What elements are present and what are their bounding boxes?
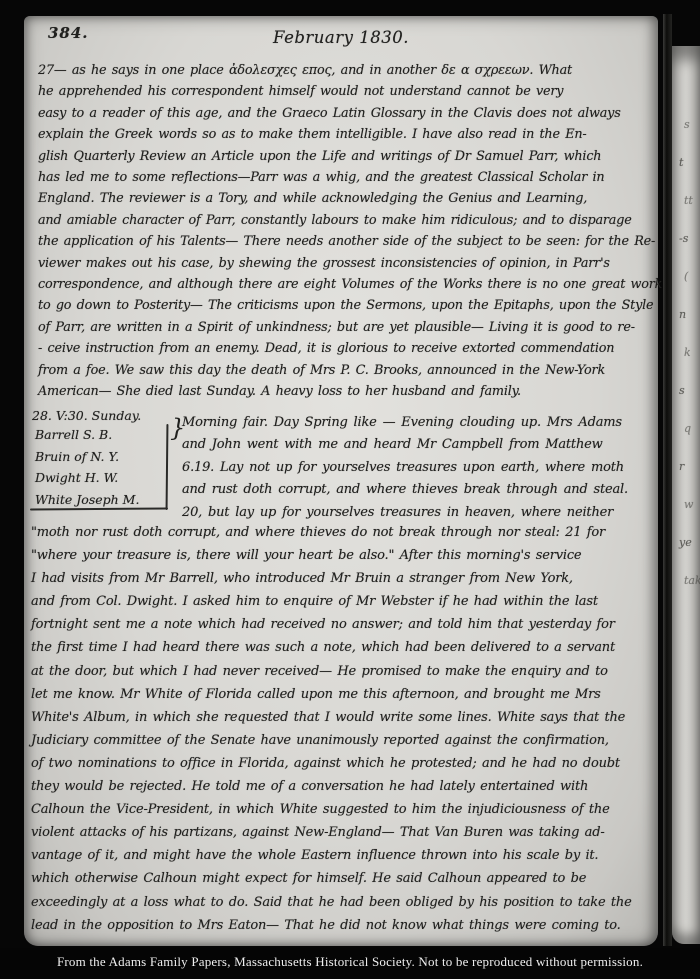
header-date: February 1830.: [24, 28, 658, 47]
diary-line: which otherwise Calhoun might expect for…: [31, 867, 651, 890]
diary-line: and from Col. Dwight. I asked him to enq…: [31, 590, 651, 613]
diary-line: violent attacks of his partizans, agains…: [31, 821, 651, 844]
diary-line: 6.19. Lay not up for yourselves treasure…: [182, 457, 652, 479]
diary-line: viewer makes out his case, by shewing th…: [38, 253, 648, 274]
gutter-fragment: s: [672, 106, 700, 144]
diary-line: the application of his Talents— There ne…: [38, 231, 648, 252]
manuscript-page-scan: 384. February 1830. 27— as he says in on…: [24, 16, 658, 946]
diary-line: "moth nor rust doth corrupt, and where t…: [31, 521, 651, 544]
gutter-fragment: tt: [672, 182, 700, 220]
diary-line: vantage of it, and might have the whole …: [31, 844, 651, 867]
diary-line: "where your treasure is, there will your…: [31, 544, 651, 567]
visitor-name: Dwight H. W.: [35, 467, 165, 489]
next-page-edge: sttt-s(nksqrwyetak: [672, 46, 700, 944]
diary-line: - ceive instruction from an enemy. Dead,…: [38, 338, 648, 359]
gutter-fragment: tak: [672, 562, 700, 600]
diary-entry-feb28-indented: Morning fair. Day Spring like — Evening …: [182, 412, 652, 524]
gutter-fragment: q: [672, 410, 700, 448]
diary-line: and amiable character of Parr, constantl…: [38, 210, 648, 231]
visitor-name: Barrell S. B.: [35, 424, 165, 446]
footer-band: From the Adams Family Papers, Massachuse…: [0, 948, 700, 979]
diary-line: has led me to some reflections—Parr was …: [38, 167, 648, 188]
diary-line: Judiciary committee of the Senate have u…: [31, 729, 651, 752]
margin-rule-horizontal: [30, 508, 168, 511]
diary-line: easy to a reader of this age, and the Gr…: [38, 103, 648, 124]
diary-line: from a foe. We saw this day the death of…: [38, 360, 648, 381]
gutter-fragment: w: [672, 486, 700, 524]
diary-line: lead in the opposition to Mrs Eaton— Tha…: [31, 914, 651, 937]
gutter-fragment: (: [672, 258, 700, 296]
diary-line: American— She died last Sunday. A heavy …: [38, 381, 648, 402]
diary-line: let me know. Mr White of Florida called …: [31, 683, 651, 706]
visitor-name: Bruin of N. Y.: [35, 446, 165, 468]
diary-line: at the door, but which I had never recei…: [31, 660, 651, 683]
diary-line: White's Album, in which she requested th…: [31, 706, 651, 729]
diary-line: Calhoun the Vice-President, in which Whi…: [31, 798, 651, 821]
diary-entry-feb27: 27— as he says in one place ἀδολεσχες επ…: [38, 60, 648, 403]
gutter-fragment: t: [672, 144, 700, 182]
gutter-fragment: ye: [672, 524, 700, 562]
gutter-fragment: -s: [672, 220, 700, 258]
book-gutter-shadow: [663, 14, 672, 946]
diary-line: Morning fair. Day Spring like — Evening …: [182, 412, 652, 434]
diary-line: and John went with me and heard Mr Campb…: [182, 434, 652, 456]
diary-line: and rust doth corrupt, and where thieves…: [182, 479, 652, 501]
diary-line: exceedingly at a loss what to do. Said t…: [31, 891, 651, 914]
diary-line: he apprehended his correspondent himself…: [38, 81, 648, 102]
gutter-fragment: r: [672, 448, 700, 486]
diary-line: of Parr, are written in a Spirit of unki…: [38, 317, 648, 338]
diary-line: explain the Greek words so as to make th…: [38, 124, 648, 145]
diary-line: the first time I had heard there was suc…: [31, 636, 651, 659]
diary-line: to go down to Posterity— The criticisms …: [38, 295, 648, 316]
diary-line: fortnight sent me a note which had recei…: [31, 613, 651, 636]
diary-line: glish Quarterly Review an Article upon t…: [38, 146, 648, 167]
diary-line: 27— as he says in one place ἀδολεσχες επ…: [38, 60, 648, 81]
gutter-fragment: k: [672, 334, 700, 372]
diary-line: correspondence, and although there are e…: [38, 274, 648, 295]
margin-rule-vertical: [166, 424, 169, 510]
margin-date: 28. V:30. Sunday.: [32, 408, 141, 423]
diary-entry-feb28-full: "moth nor rust doth corrupt, and where t…: [31, 521, 651, 937]
diary-line: I had visits from Mr Barrell, who introd…: [31, 567, 651, 590]
footer-caption: From the Adams Family Papers, Massachuse…: [0, 954, 700, 970]
diary-line: they would be rejected. He told me of a …: [31, 775, 651, 798]
gutter-fragment: s: [672, 372, 700, 410]
visitor-name-list: Barrell S. B.Bruin of N. Y.Dwight H. W.W…: [35, 424, 165, 510]
diary-line: England. The reviewer is a Tory, and whi…: [38, 188, 648, 209]
gutter-fragment: n: [672, 296, 700, 334]
diary-line: of two nominations to office in Florida,…: [31, 752, 651, 775]
